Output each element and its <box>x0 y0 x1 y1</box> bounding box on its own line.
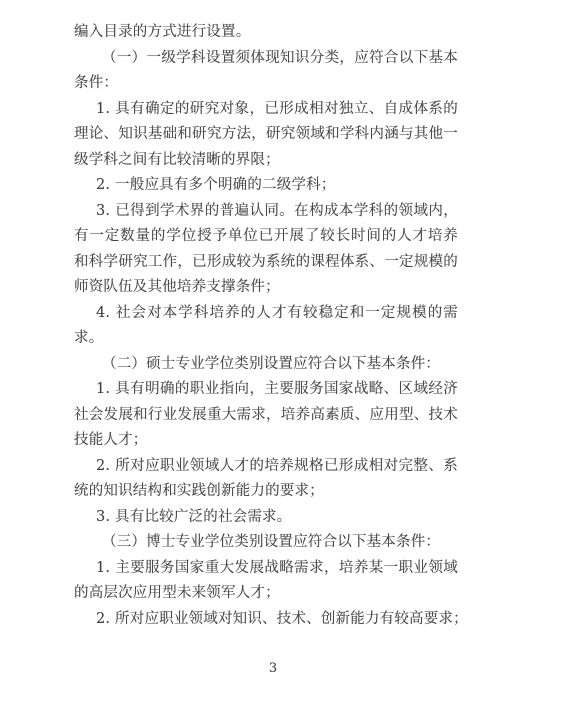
text-line: 技能人才； <box>74 428 458 454</box>
text-line: 编入目录的方式进行设置。 <box>74 20 458 46</box>
document-text-block: 编入目录的方式进行设置。（一）一级学科设置须体现知识分类，应符合以下基本条件：1… <box>74 20 458 632</box>
text-line: 4. 社会对本学科培养的人才有较稳定和一定规模的需 <box>74 301 458 327</box>
text-line: 级学科之间有比较清晰的界限； <box>74 148 458 174</box>
text-line: 2. 所对应职业领域人才的培养规格已形成相对完整、系 <box>74 454 458 480</box>
text-line: 1. 具有明确的职业指向，主要服务国家战略、区域经济 <box>74 377 458 403</box>
text-line: 1. 具有确定的研究对象，已形成相对独立、自成体系的 <box>74 97 458 123</box>
text-line: （二）硕士专业学位类别设置应符合以下基本条件： <box>74 352 458 378</box>
text-line: 社会发展和行业发展重大需求，培养高素质、应用型、技术 <box>74 403 458 429</box>
text-line: 1. 主要服务国家重大发展战略需求，培养某一职业领域 <box>74 556 458 582</box>
text-line: 的高层次应用型未来领军人才； <box>74 581 458 607</box>
text-line: （三）博士专业学位类别设置应符合以下基本条件： <box>74 530 458 556</box>
text-line: 3. 具有比较广泛的社会需求。 <box>74 505 458 531</box>
text-line: 和科学研究工作，已形成较为系统的课程体系、一定规模的 <box>74 250 458 276</box>
text-line: 统的知识结构和实践创新能力的要求； <box>74 479 458 505</box>
text-line: （一）一级学科设置须体现知识分类，应符合以下基本 <box>74 46 458 72</box>
text-line: 2. 一般应具有多个明确的二级学科； <box>74 173 458 199</box>
page-number: 3 <box>253 659 293 679</box>
text-line: 理论、知识基础和研究方法，研究领域和学科内涵与其他一 <box>74 122 458 148</box>
text-line: 求。 <box>74 326 458 352</box>
document-page: 编入目录的方式进行设置。（一）一级学科设置须体现知识分类，应符合以下基本条件：1… <box>0 0 576 703</box>
text-line: 条件： <box>74 71 458 97</box>
text-line: 2. 所对应职业领域对知识、技术、创新能力有较高要求； <box>74 607 458 633</box>
text-line: 3. 已得到学术界的普遍认同。在构成本学科的领域内， <box>74 199 458 225</box>
text-line: 师资队伍及其他培养支撑条件； <box>74 275 458 301</box>
text-line: 有一定数量的学位授予单位已开展了较长时间的人才培养 <box>74 224 458 250</box>
